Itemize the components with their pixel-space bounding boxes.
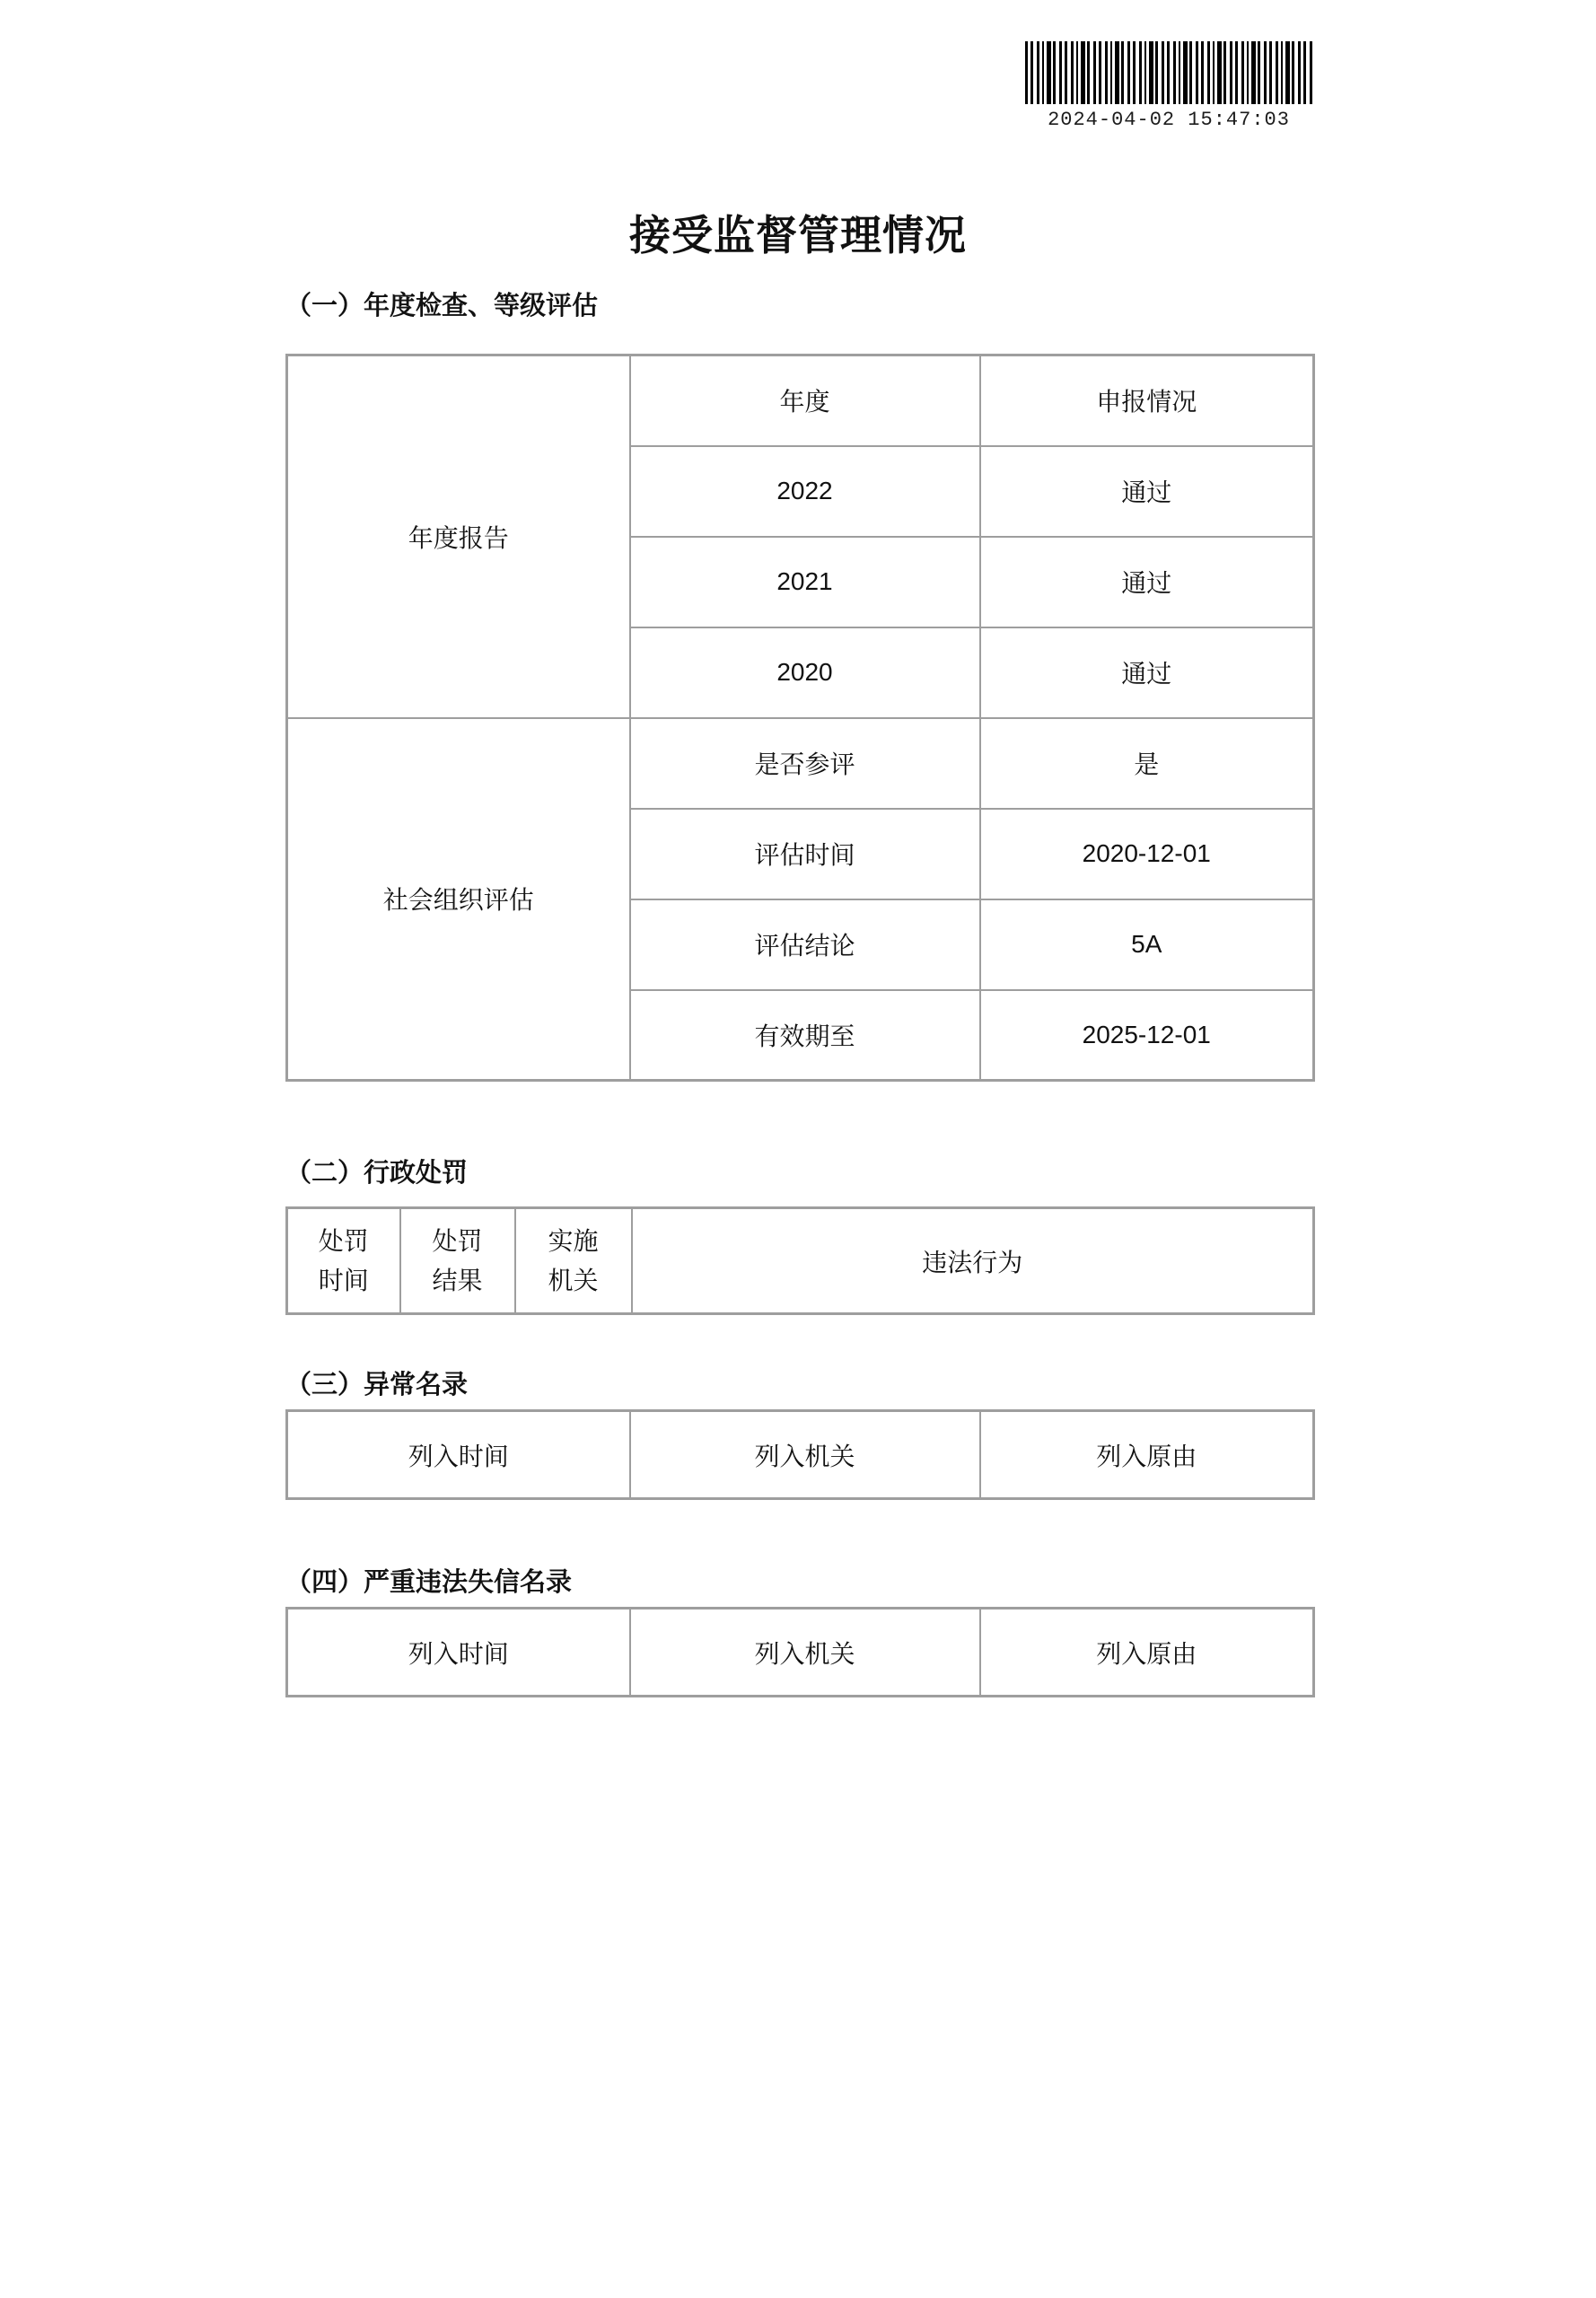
column-header-listed-agency: 列入机关 [630,1411,980,1499]
document-page: 2024-04-02 15:47:03 接受监督管理情况 （一）年度检查、等级评… [0,0,1596,2298]
table-cell: 5A [980,899,1314,990]
table-row: 列入时间 列入机关 列入原由 [287,1609,1314,1697]
group-label-org-assessment: 社会组织评估 [287,718,630,1081]
table-cell: 2025-12-01 [980,990,1314,1081]
table-cell: 通过 [980,446,1314,537]
table-cell: 2020-12-01 [980,809,1314,899]
table-cell: 申报情况 [980,355,1314,446]
section-3-heading: （三）异常名录 [285,1370,468,1400]
column-header-illegal-act: 违法行为 [632,1208,1314,1314]
table-cell: 2022 [630,446,980,537]
column-header-listed-reason: 列入原由 [980,1411,1314,1499]
stamp-timestamp: 2024-04-02 15:47:03 [1024,109,1313,131]
group-label-annual-report: 年度报告 [287,355,630,718]
table-cell: 评估结论 [630,899,980,990]
table-cell: 是 [980,718,1314,809]
column-header-penalty-result: 处罚 结果 [400,1208,515,1314]
table-cell: 是否参评 [630,718,980,809]
serious-violation-table: 列入时间 列入机关 列入原由 [285,1607,1315,1697]
table-cell: 有效期至 [630,990,980,1081]
section-2-heading: （二）行政处罚 [285,1158,468,1188]
table-row: 社会组织评估 是否参评 是 [287,718,1314,809]
section-1-heading: （一）年度检查、等级评估 [285,291,598,321]
barcode-stamp: 2024-04-02 15:47:03 [1024,41,1313,131]
section-4-heading: （四）严重违法失信名录 [285,1567,572,1598]
penalty-table: 处罚 时间 处罚 结果 实施 机关 违法行为 [285,1206,1315,1315]
column-header-listed-reason: 列入原由 [980,1609,1314,1697]
table-row: 年度报告 年度 申报情况 [287,355,1314,446]
table-cell: 通过 [980,627,1314,718]
page-title: 接受监督管理情况 [0,203,1596,262]
table-row: 列入时间 列入机关 列入原由 [287,1411,1314,1499]
table-cell: 评估时间 [630,809,980,899]
table-cell: 2020 [630,627,980,718]
column-header-listed-time: 列入时间 [287,1609,630,1697]
column-header-listed-time: 列入时间 [287,1411,630,1499]
abnormal-list-table: 列入时间 列入机关 列入原由 [285,1409,1315,1500]
column-header-penalty-time: 处罚 时间 [287,1208,400,1314]
column-header-listed-agency: 列入机关 [630,1609,980,1697]
column-header-enforcing-agency: 实施 机关 [515,1208,632,1314]
table-cell: 2021 [630,537,980,627]
barcode-image [1024,41,1313,104]
table-cell: 通过 [980,537,1314,627]
table-cell: 年度 [630,355,980,446]
annual-check-table: 年度报告 年度 申报情况 2022 通过 2021 通过 2020 通过 社会组… [285,354,1315,1082]
table-row: 处罚 时间 处罚 结果 实施 机关 违法行为 [287,1208,1314,1314]
